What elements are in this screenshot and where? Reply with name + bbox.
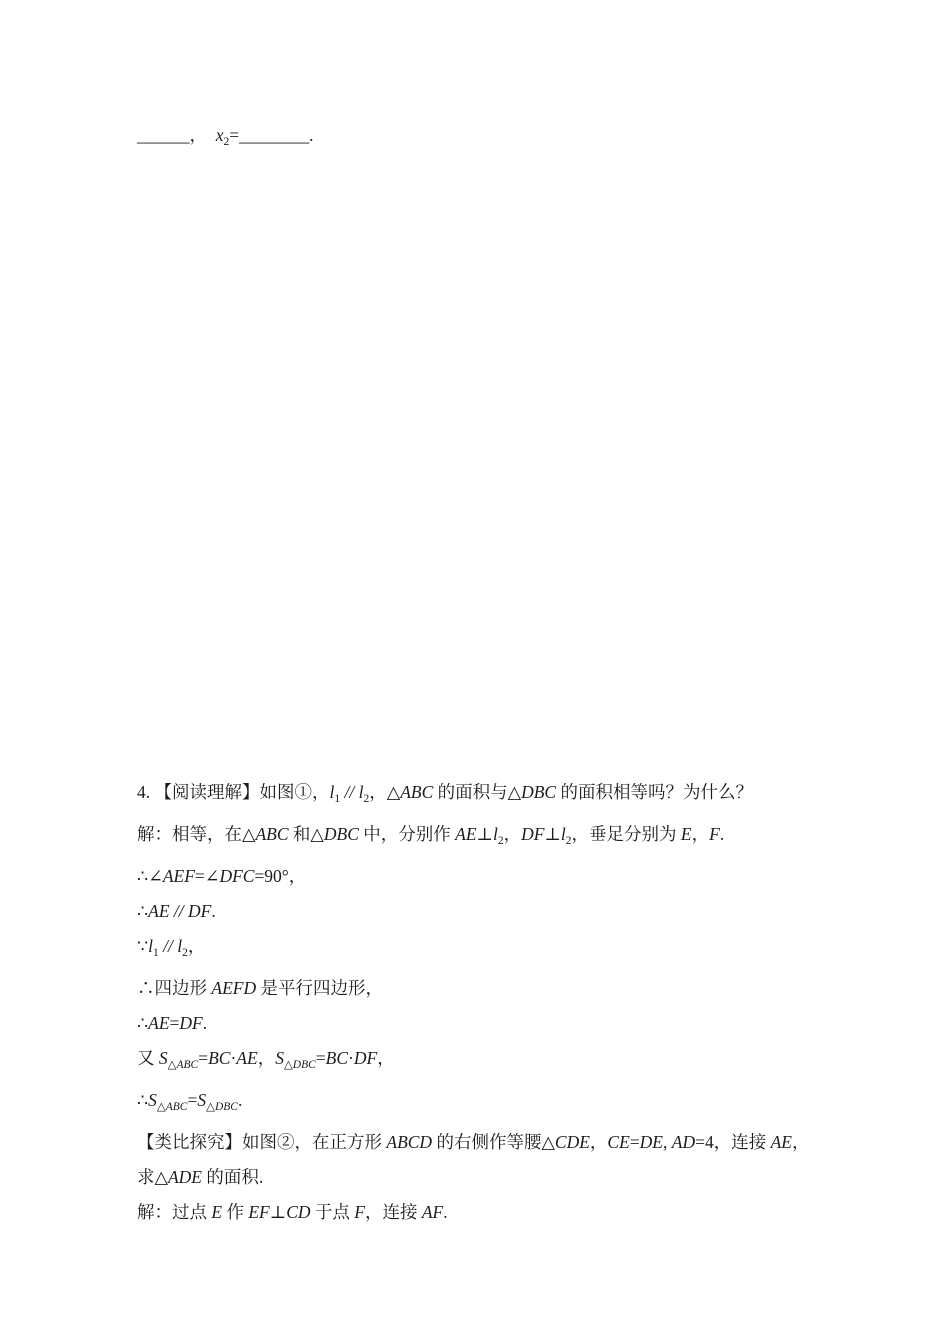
text-run: ADE (168, 1167, 202, 1187)
text-run: = (316, 1048, 326, 1068)
text-run: F (709, 824, 720, 844)
text-run: 的面积相等吗？为什么？ (556, 782, 753, 802)
step-area-formulas: 又 S△ABC=BC·AE，S△DBC=BC·DF， (137, 1041, 937, 1083)
text-run: ， (504, 824, 522, 844)
text-run: x (216, 125, 224, 145)
text-run: =90°， (254, 866, 306, 886)
text-run: ________ (239, 125, 309, 145)
text-run: =∠ (195, 866, 220, 886)
text-run: 的面积. (202, 1167, 263, 1187)
text-run: 于点 (311, 1202, 355, 1222)
text-run: DBC (215, 1101, 238, 1113)
text-run: . (720, 824, 724, 844)
text-run: ， (190, 125, 216, 145)
text-run: ， (258, 1048, 276, 1068)
text-run: . (203, 1013, 207, 1033)
text-run: = (229, 125, 239, 145)
text-run: ∴ (137, 1090, 148, 1110)
text-run: ∴ (137, 1013, 148, 1033)
document-page: ______， x2=________. 4. 【阅读理解】如图①，l1 // … (0, 0, 950, 1344)
text-run: S (159, 1048, 168, 1068)
text-run: // (340, 782, 358, 802)
analogy-solution-start: 解：过点 E 作 EF⊥CD 于点 F，连接 AF. (137, 1195, 937, 1230)
text-run: BC (326, 1048, 348, 1068)
text-run: // (159, 936, 177, 956)
text-run: ⊥ (477, 824, 493, 844)
text-run: . (443, 1202, 447, 1222)
text-run: DBC (293, 1059, 316, 1071)
text-run: DBC (324, 824, 359, 844)
text-run: F (354, 1202, 365, 1222)
reading-solution-intro: 解：相等，在△ABC 和△DBC 中，分别作 AE⊥l2，DF⊥l2，垂足分别为… (137, 817, 937, 859)
analogy-question: 求△ADE 的面积. (137, 1160, 937, 1195)
text-run: AE (148, 1013, 169, 1033)
text-run: ⊥ (270, 1202, 286, 1222)
fill-in-blank-line: ______， x2=________. (137, 118, 314, 160)
text-run: AE (148, 901, 169, 921)
text-run: AEFD (211, 978, 256, 998)
text-run: △ (284, 1059, 293, 1071)
text-run: EF (248, 1202, 269, 1222)
text-run: DE (640, 1132, 663, 1152)
step-parallelogram: ∴四边形 AEFD 是平行四边形， (137, 971, 937, 1006)
text-run: E (681, 824, 692, 844)
text-run: CD (286, 1202, 310, 1222)
text-run: AE (455, 824, 476, 844)
text-run: AE (771, 1132, 792, 1152)
text-run: CE (607, 1132, 629, 1152)
text-run: ABC (255, 824, 288, 844)
text-run: 是平行四边形， (256, 978, 383, 998)
step-right-angles: ∴∠AEF=∠DFC=90°， (137, 859, 937, 894)
step-ae-parallel-df: ∴AE // DF. (137, 894, 937, 929)
text-run: DFC (219, 866, 254, 886)
text-run: ∴∠ (137, 866, 163, 886)
text-run: △ (206, 1101, 215, 1113)
text-run: 【类比探究】如图②，在正方形 (137, 1132, 386, 1152)
text-run: AEF (163, 866, 195, 886)
text-run: // (170, 901, 188, 921)
text-run: ∵ (137, 936, 148, 956)
step-area-equality: ∴S△ABC=S△DBC. (137, 1083, 937, 1125)
text-run: ∴ (137, 901, 148, 921)
text-run: . (309, 125, 313, 145)
text-run: 的右侧作等腰△ (432, 1132, 555, 1152)
text-run: S (197, 1090, 206, 1110)
text-run: =4，连接 (695, 1132, 771, 1152)
text-run: DF (179, 1013, 202, 1033)
text-run: DBC (521, 782, 556, 802)
text-run: 求△ (137, 1167, 168, 1187)
analogy-exploration-statement: 【类比探究】如图②，在正方形 ABCD 的右侧作等腰△CDE，CE=DE, AD… (137, 1125, 937, 1160)
text-run: 4. 【阅读理解】如图①， (137, 782, 330, 802)
text-run: ∴四边形 (137, 978, 211, 998)
text-run: ， (188, 936, 206, 956)
text-run: AD (672, 1132, 695, 1152)
text-run: 的面积与△ (433, 782, 521, 802)
text-run: ABC (176, 1059, 198, 1071)
text-run: ABC (166, 1101, 188, 1113)
problem-4-statement: 4. 【阅读理解】如图①，l1 // l2，△ABC 的面积与△DBC 的面积相… (137, 775, 937, 817)
text-run: . (238, 1090, 242, 1110)
text-run: 解：过点 (137, 1202, 211, 1222)
text-run: . (211, 901, 215, 921)
text-run: 和△ (289, 824, 324, 844)
text-run: ， (692, 824, 710, 844)
text-run: 中，分别作 (359, 824, 455, 844)
text-run: 作 (222, 1202, 248, 1222)
text-run: DF (354, 1048, 377, 1068)
text-run: ，连接 (365, 1202, 422, 1222)
text-run: S (148, 1090, 157, 1110)
text-run: 解：相等，在△ (137, 824, 255, 844)
text-run: ，垂足分别为 (572, 824, 681, 844)
text-run: DF (521, 824, 544, 844)
text-run: ， (377, 1048, 395, 1068)
text-run: AF (422, 1202, 443, 1222)
text-run: CDE (555, 1132, 590, 1152)
text-run: = (198, 1048, 208, 1068)
text-run: ，△ (369, 782, 400, 802)
given-l1-parallel-l2: ∵l1 // l2， (137, 929, 937, 971)
problem-4-block: 4. 【阅读理解】如图①，l1 // l2，△ABC 的面积与△DBC 的面积相… (137, 775, 937, 1230)
text-run: ABCD (386, 1132, 432, 1152)
text-run: S (275, 1048, 284, 1068)
text-run: E (211, 1202, 222, 1222)
text-run: , (663, 1132, 672, 1152)
text-run: ABC (400, 782, 433, 802)
text-run: = (170, 1013, 180, 1033)
text-run: AE (236, 1048, 257, 1068)
text-run: △ (157, 1101, 166, 1113)
text-run: ______ (137, 125, 190, 145)
text-run: = (630, 1132, 640, 1152)
text-run: 又 (137, 1048, 159, 1068)
text-run: ， (590, 1132, 608, 1152)
text-run: DF (188, 901, 211, 921)
text-run: = (187, 1090, 197, 1110)
text-run: ⊥ (544, 824, 560, 844)
step-ae-equals-df: ∴AE=DF. (137, 1006, 937, 1041)
text-run: ， (792, 1132, 810, 1152)
text-run: BC (208, 1048, 230, 1068)
